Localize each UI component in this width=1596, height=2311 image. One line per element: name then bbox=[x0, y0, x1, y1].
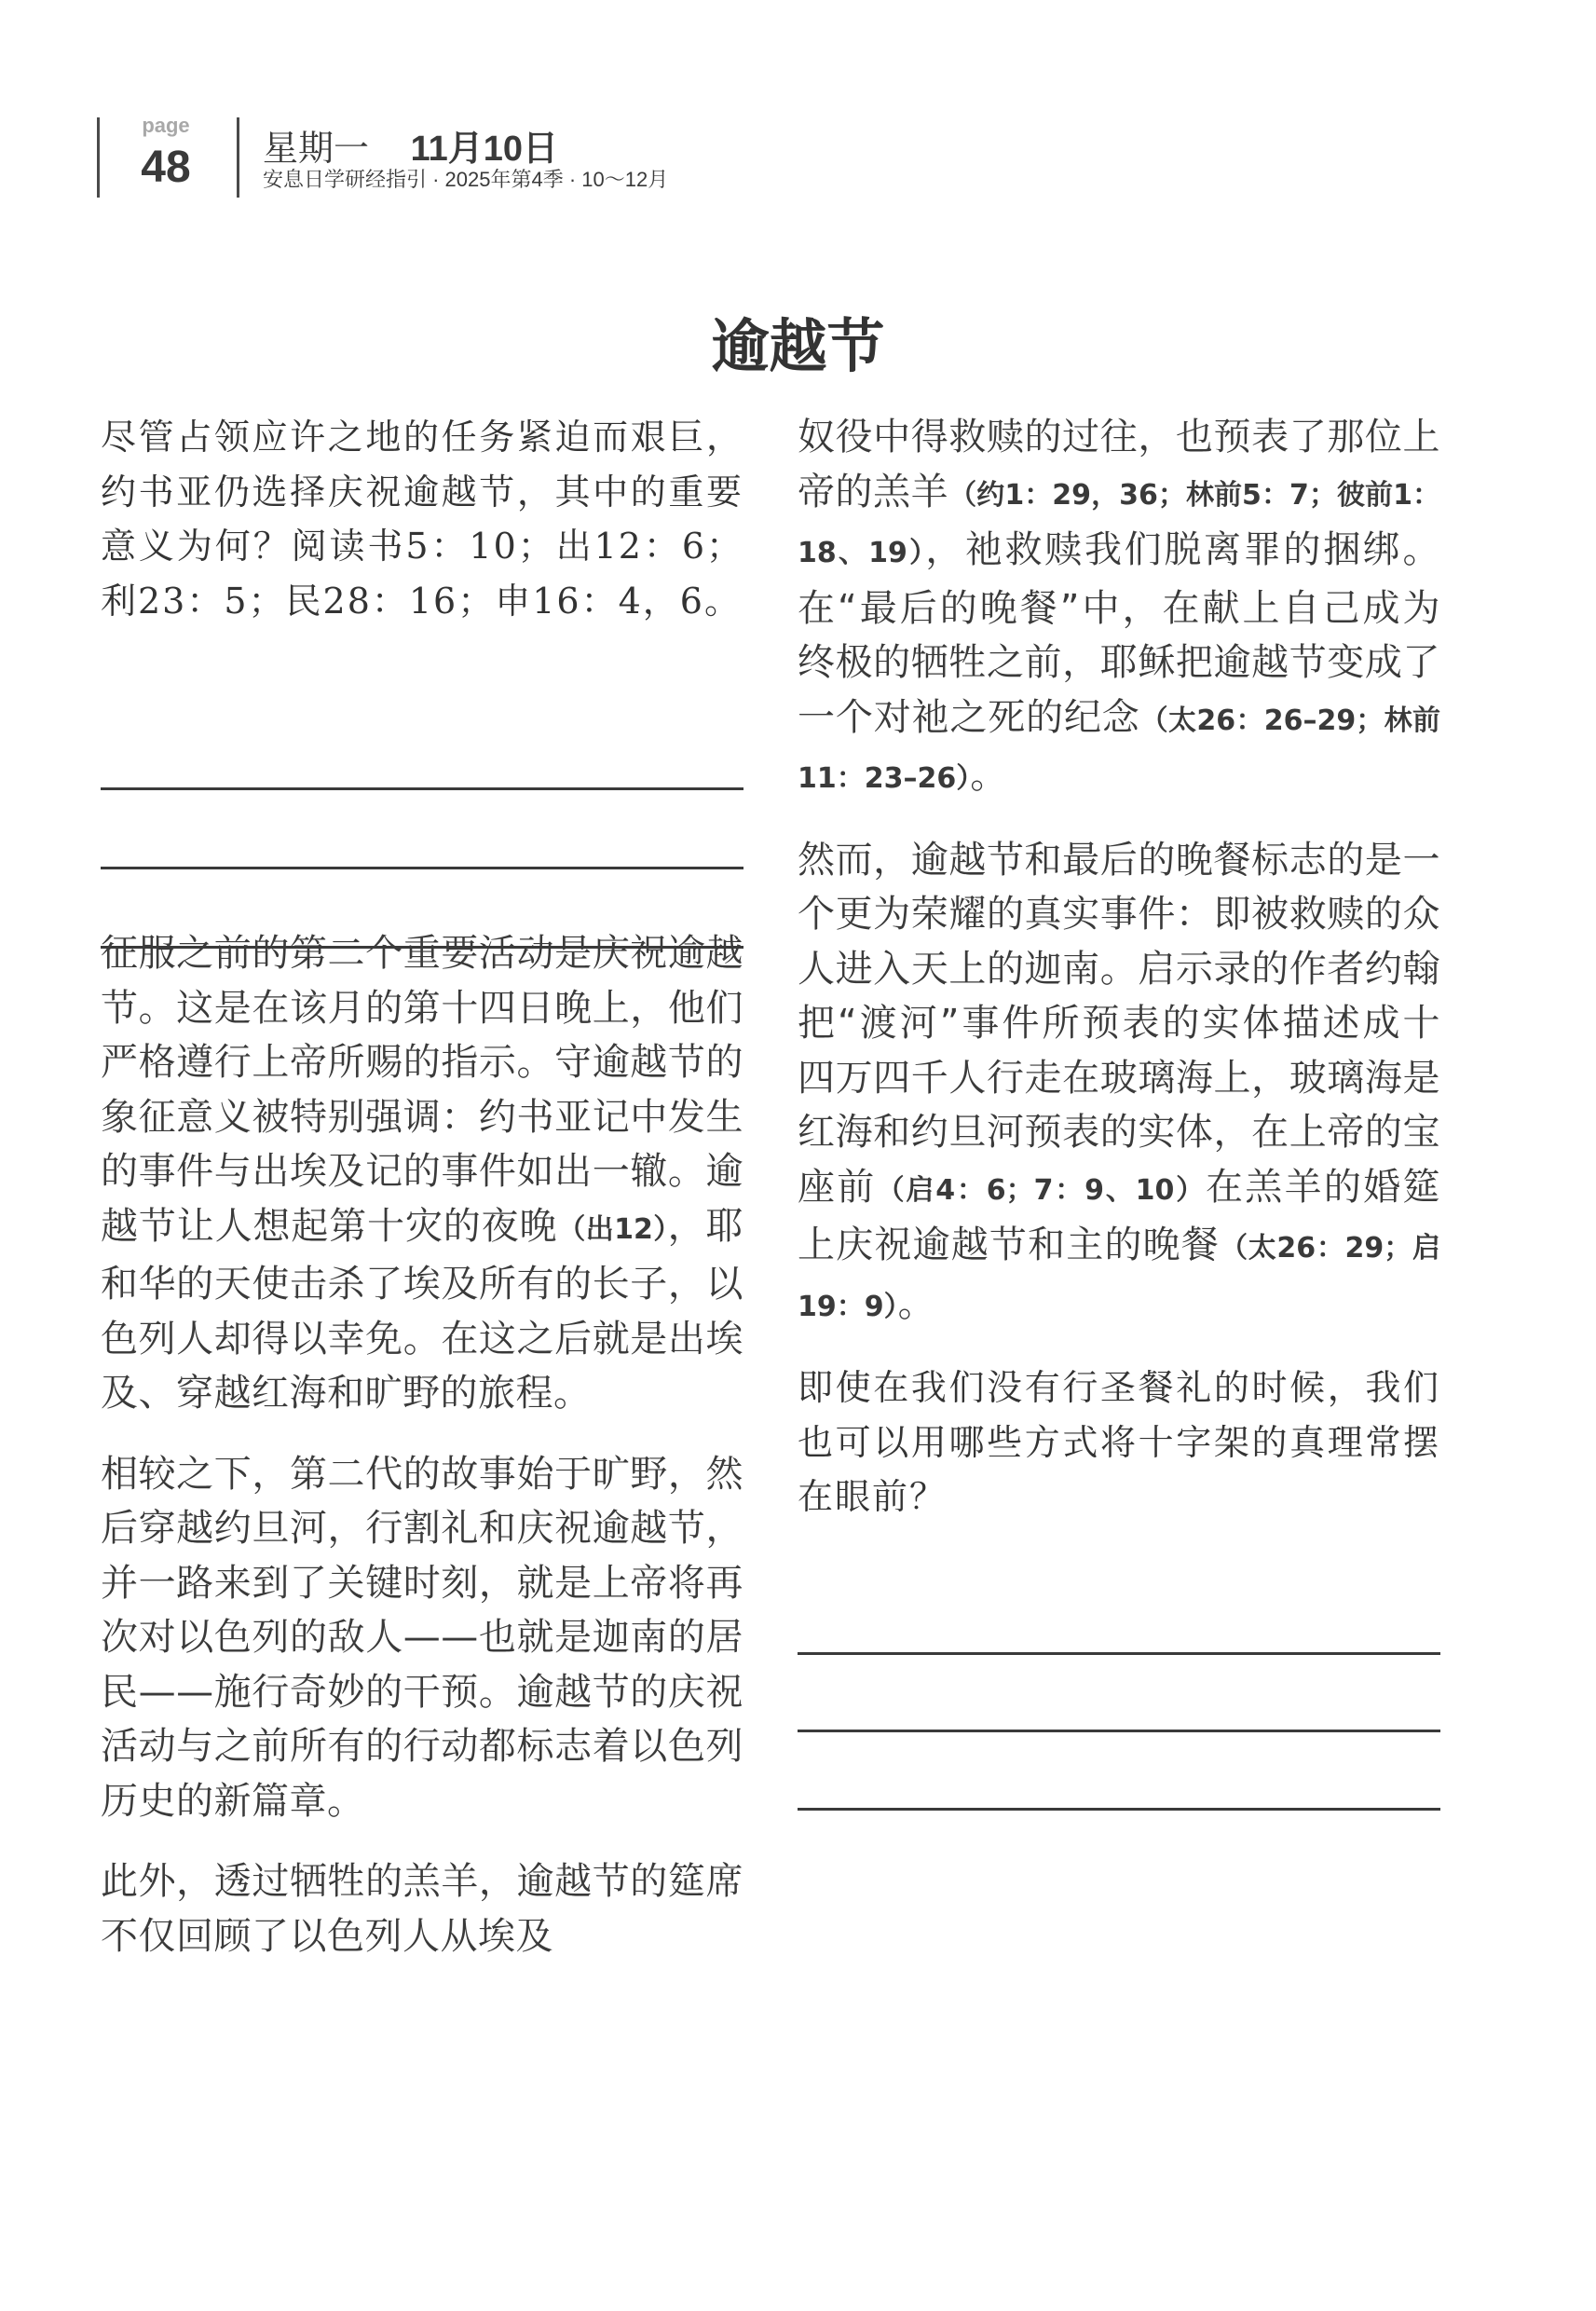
paragraph-text: 然而，逾越节和最后的晚餐标志的是一个更为荣耀的真实事件：即被救赎的众人进入天上的… bbox=[798, 839, 1440, 1209]
study-question-1: 尽管占领应许之地的任务紧迫而艰巨，约书亚仍选择庆祝逾越节，其中的重要意义为何？阅… bbox=[101, 410, 743, 628]
publication-subtitle: 安息日学研经指引 · 2025年第4季 · 10～12月 bbox=[263, 164, 668, 193]
left-column: 尽管占领应许之地的任务紧迫而艰巨，约书亚仍选择庆祝逾越节，其中的重要意义为何？阅… bbox=[101, 410, 743, 1990]
answer-area-1[interactable] bbox=[101, 628, 743, 926]
paragraph-2: 相较之下，第二代的故事始于旷野，然后穿越约旦河，行割礼和庆祝逾越节，并一路来到了… bbox=[101, 1447, 743, 1829]
header-divider-middle bbox=[237, 117, 239, 198]
answer-line-3[interactable] bbox=[101, 946, 743, 949]
date-line: 星期一 11月10日 bbox=[263, 119, 558, 171]
paragraph-4: 奴役中得救赎的过往，也预表了那位上帝的羔羊（约1：29，36；林前5：7；彼前1… bbox=[798, 410, 1440, 807]
paragraph-text: 。 bbox=[898, 1282, 936, 1325]
paragraph-text: 。 bbox=[970, 754, 1008, 797]
date: 11月10日 bbox=[411, 130, 558, 169]
paragraph-3: 此外，透过牺牲的羔羊，逾越节的筵席不仅回顾了以色列人从埃及 bbox=[101, 1854, 743, 1963]
answer-line-6[interactable] bbox=[798, 1808, 1440, 1811]
scripture-reference: （启4：6；7：9、10） bbox=[877, 1174, 1206, 1207]
page-number: 48 bbox=[121, 142, 211, 193]
study-question-2: 即使在我们没有行圣餐礼的时候，我们也可以用哪些方式将十字架的真理常摆在眼前？ bbox=[798, 1361, 1440, 1525]
answer-line-1[interactable] bbox=[101, 787, 743, 790]
page-label: page bbox=[121, 114, 211, 138]
right-column: 奴役中得救赎的过往，也预表了那位上帝的羔羊（约1：29，36；林前5：7；彼前1… bbox=[798, 410, 1440, 1525]
page-header: page 48 星期一 11月10日 安息日学研经指引 · 2025年第4季 ·… bbox=[0, 0, 1596, 224]
weekday: 星期一 bbox=[263, 130, 369, 169]
answer-line-4[interactable] bbox=[798, 1652, 1440, 1655]
paragraph-1: 征服之前的第二个重要活动是庆祝逾越节。这是在该月的第十四日晚上，他们严格遵行上帝… bbox=[101, 926, 743, 1421]
answer-line-5[interactable] bbox=[798, 1730, 1440, 1732]
paragraph-text: 征服之前的第二个重要活动是庆祝逾越节。这是在该月的第十四日晚上，他们严格遵行上帝… bbox=[101, 932, 743, 1248]
scripture-reference: （出12） bbox=[557, 1213, 667, 1246]
header-divider-left bbox=[97, 117, 100, 198]
lesson-title: 逾越节 bbox=[0, 300, 1596, 383]
answer-line-2[interactable] bbox=[101, 867, 743, 869]
paragraph-5: 然而，逾越节和最后的晚餐标志的是一个更为荣耀的真实事件：即被救赎的众人进入天上的… bbox=[798, 833, 1440, 1335]
